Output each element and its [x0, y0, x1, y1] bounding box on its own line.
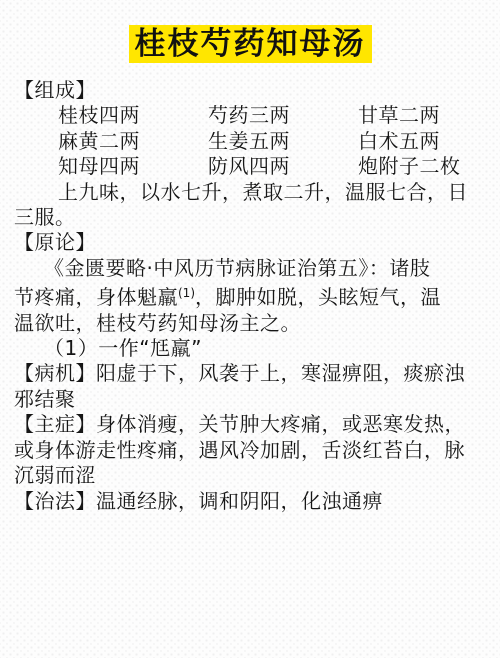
ingredient-mahuang: 麻黄二两	[58, 129, 208, 154]
title-bar: 桂枝芍药知母汤	[0, 25, 500, 63]
page-title: 桂枝芍药知母汤	[129, 25, 372, 63]
ingredients-row-3: 知母四两 防风四两 炮附子二枚	[58, 154, 488, 179]
ingredient-gancao: 甘草二两	[358, 103, 488, 128]
ingredient-guizhi: 桂枝四两	[58, 103, 208, 128]
pathogenesis-line-1: 【病机】阳虚于下，风袭于上，寒湿痹阻，痰瘀浊	[14, 361, 488, 386]
section-label-treatment: 【治法】	[14, 489, 96, 513]
ingredient-shengjiang: 生姜五两	[208, 129, 358, 154]
ingredients-row-1: 桂枝四两 芍药三两 甘草二两	[58, 103, 488, 128]
document-page: 桂枝芍药知母汤 【组成】 桂枝四两 芍药三两 甘草二两 麻黄二两 生姜五两 白术…	[0, 0, 500, 658]
section-label-symptoms: 【主症】	[14, 412, 96, 436]
treatment-text-1: 温通经脉，调和阴阳，化浊通痹	[96, 489, 383, 513]
quote-line-1: 《金匮要略·中风历节病脉证治第五》：诸肢	[14, 256, 488, 281]
ingredient-paofuzi: 炮附子二枚	[358, 154, 488, 179]
section-label-pathogenesis: 【病机】	[14, 361, 96, 385]
ingredient-baizhu: 白术五两	[358, 129, 488, 154]
usage-line-2: 三服。	[14, 205, 488, 230]
usage-line-1: 上九味，以水七升，煮取二升，温服七合，日	[14, 180, 488, 205]
symptoms-line-3: 沉弱而涩	[14, 463, 488, 488]
section-label-original: 【原论】	[14, 230, 488, 255]
ingredient-shaoyao: 芍药三两	[208, 103, 358, 128]
ingredients-row-2: 麻黄二两 生姜五两 白术五两	[58, 129, 488, 154]
document-body: 【组成】 桂枝四两 芍药三两 甘草二两 麻黄二两 生姜五两 白术五两 知母四两 …	[0, 78, 500, 514]
footnote-marker: (1)	[178, 286, 195, 300]
pathogenesis-text-1: 阳虚于下，风袭于上，寒湿痹阻，痰瘀浊	[96, 361, 465, 385]
ingredient-zhimu: 知母四两	[58, 154, 208, 179]
pathogenesis-line-2: 邪结聚	[14, 387, 488, 412]
quote-line-2-pre: 节疼痛，身体魁羸	[14, 285, 178, 309]
quote-line-3: 温欲吐，桂枝芍药知母汤主之。	[14, 311, 488, 336]
treatment-line-1: 【治法】温通经脉，调和阴阳，化浊通痹	[14, 489, 488, 514]
footnote-text: （1）一作“尪羸”	[14, 336, 488, 361]
quote-line-2-post: ，脚肿如脱，头眩短气，温	[195, 285, 441, 309]
ingredient-fangfeng: 防风四两	[208, 154, 358, 179]
symptoms-text-1: 身体消瘦，关节肿大疼痛，或恶寒发热，	[96, 412, 465, 436]
quote-line-2: 节疼痛，身体魁羸(1)，脚肿如脱，头眩短气，温	[14, 281, 488, 310]
section-label-composition: 【组成】	[14, 78, 488, 103]
symptoms-line-2: 或身体游走性疼痛，遇风冷加剧，舌淡红苔白，脉	[14, 438, 488, 463]
symptoms-line-1: 【主症】身体消瘦，关节肿大疼痛，或恶寒发热，	[14, 412, 488, 437]
